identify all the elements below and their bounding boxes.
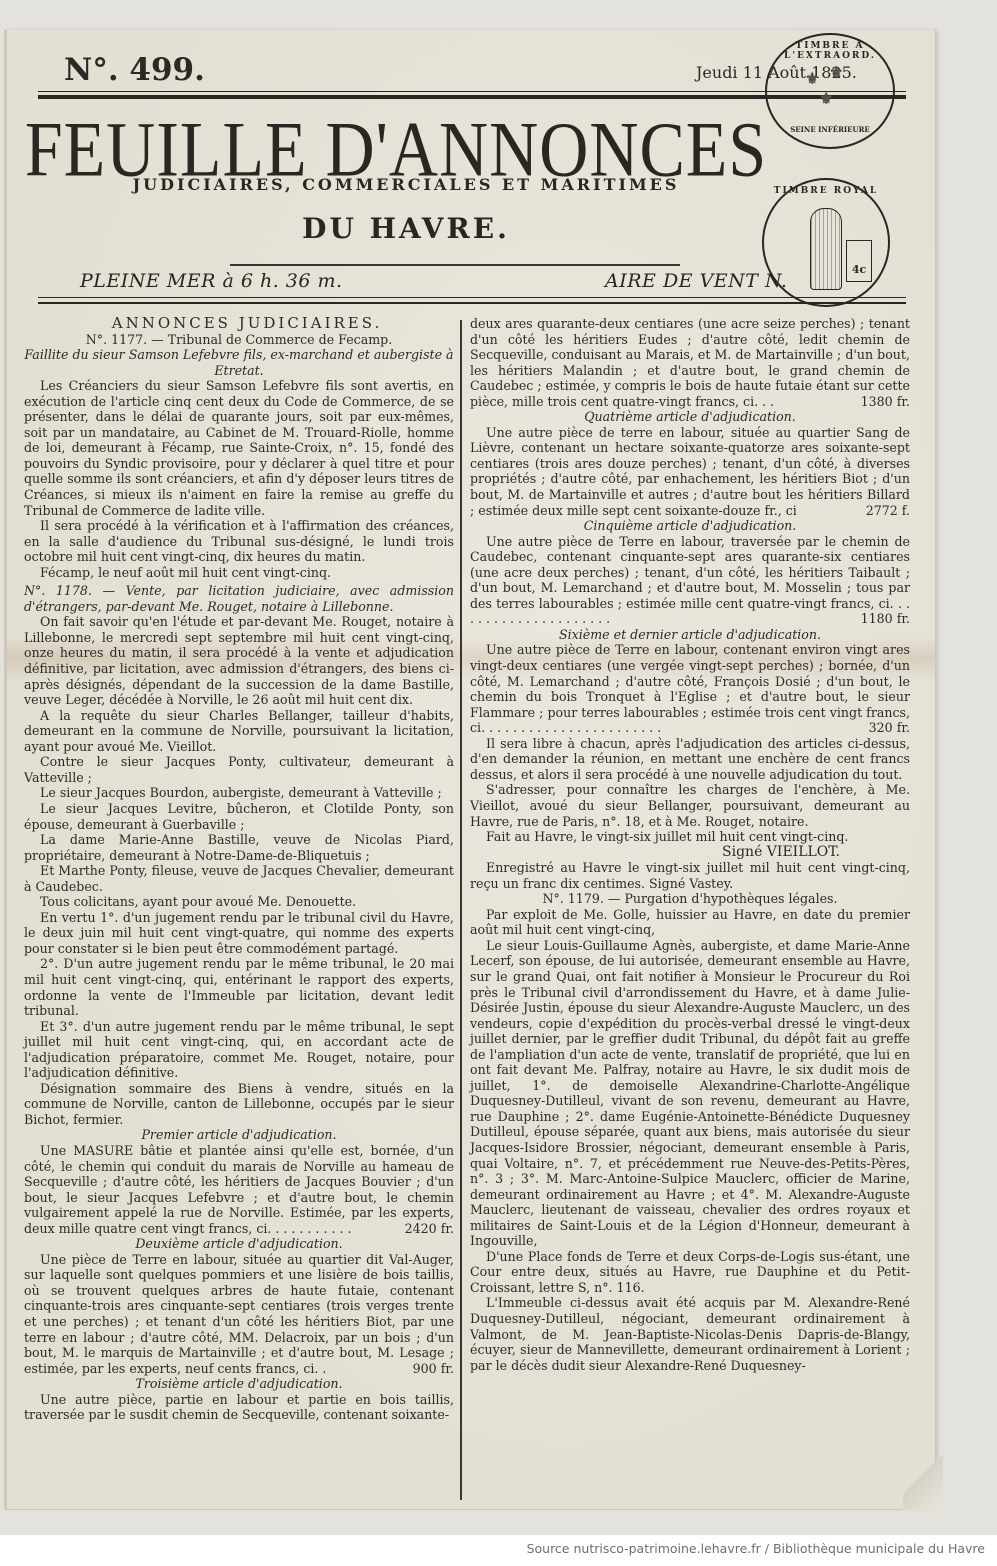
article-2-text: Une pièce de Terre en labour, située au … <box>24 1252 454 1376</box>
signature-vieillot: Signé VIEILLOT. <box>470 845 910 861</box>
page-corner-fold <box>903 1440 943 1510</box>
stamp-value: 4c <box>852 263 866 276</box>
stamp-top-label: TIMBRE À L'EXTRAORD. <box>767 41 893 61</box>
article-6-title: Sixième et dernier article d'adjudicatio… <box>470 627 910 643</box>
masthead-ornament-rule <box>230 264 680 266</box>
article-3-text: Une autre pièce, partie en labour et par… <box>24 1392 454 1423</box>
notice-1178-heading: N°. 1178. — Vente, par licitation judici… <box>24 583 454 614</box>
classical-figure-icon <box>810 208 842 290</box>
fleur-de-lis-icon: ⚜ <box>829 63 843 82</box>
notice-1178-paragraph: On fait savoir qu'en l'étude et par-deva… <box>24 614 454 707</box>
article-5-text: Une autre pièce de Terre en labour, trav… <box>470 534 910 627</box>
article-4-amount: 2772 f. <box>850 503 910 519</box>
notice-1177-paragraph: Les Créanciers du sieur Samson Lefebvre … <box>24 378 454 518</box>
article-1-text: Une MASURE bâtie et plantée ainsi qu'ell… <box>24 1143 454 1236</box>
notice-1177-heading: N°. 1177. — Tribunal de Commerce de Feca… <box>24 332 454 348</box>
notice-1178-paragraph: Et Marthe Ponty, fileuse, veuve de Jacqu… <box>24 863 454 894</box>
notice-1178-paragraph: A la requête du sieur Charles Bellanger,… <box>24 708 454 755</box>
article-4-title: Quatrième article d'adjudication. <box>470 409 910 425</box>
notice-1178-paragraph: La dame Marie-Anne Bastille, veuve de Ni… <box>24 832 454 863</box>
section-title: ANNONCES JUDICIAIRES. <box>24 316 454 332</box>
article-2-description: Une pièce de Terre en labour, située au … <box>24 1252 454 1376</box>
article-5-title: Cinquième article d'adjudication. <box>470 518 910 534</box>
notice-1179-heading: N°. 1179. — Purgation d'hypothèques léga… <box>470 891 910 907</box>
notice-1177-subject: Faillite du sieur Samson Lefebvre fils, … <box>24 347 454 378</box>
wind-info: AIRE DE VENT N. <box>605 270 787 292</box>
notice-1178-paragraph: Désignation sommaire des Biens à vendre,… <box>24 1081 454 1128</box>
tax-stamp-extraordinaire: TIMBRE À L'EXTRAORD. ⚜ ⚜ ⚜ SEINE INFÉRIE… <box>765 33 895 149</box>
tide-info: PLEINE MER à 6 h. 36 m. <box>80 270 343 292</box>
notice-paragraph: S'adresser, pour connaître les charges d… <box>470 782 910 829</box>
article-3-description-cont: deux ares quarante-deux centiares (une a… <box>470 316 910 409</box>
notice-1179-paragraph: Le sieur Louis-Guillaume Agnès, aubergis… <box>470 938 910 1249</box>
article-6-text: Une autre pièce de Terre en labour, cont… <box>470 642 910 735</box>
article-1-title: Premier article d'adjudication. <box>24 1127 454 1143</box>
registration-paragraph: Enregistré au Havre le vingt-six juillet… <box>470 860 910 891</box>
stamp-value-box: 4c <box>846 240 872 282</box>
notice-1178-paragraph: Le sieur Jacques Levitre, bûcheron, et C… <box>24 801 454 832</box>
masthead-rule-bottom-2 <box>38 302 906 304</box>
article-2-title: Deuxième article d'adjudication. <box>24 1236 454 1252</box>
notice-1178-paragraph: Contre le sieur Jacques Ponty, cultivate… <box>24 754 454 785</box>
column-divider <box>460 320 462 1500</box>
article-1-amount: 2420 fr. <box>389 1221 454 1237</box>
fleur-de-lis-icon: ⚜ <box>805 69 819 88</box>
stamp-top-department: SEINE INFÉRIEURE <box>767 125 893 134</box>
left-column: ANNONCES JUDICIAIRES. N°. 1177. — Tribun… <box>24 316 454 1423</box>
issue-number: N°. 499. <box>64 52 205 88</box>
article-4-description: Une autre pièce de terre en labour, situ… <box>470 425 910 518</box>
notice-1179-paragraph: D'une Place fonds de Terre et deux Corps… <box>470 1249 910 1296</box>
stamp-bottom-label: TIMBRE ROYAL <box>764 186 888 196</box>
article-4-text: Une autre pièce de terre en labour, situ… <box>470 425 910 518</box>
source-credit: Source nutrisco-patrimoine.lehavre.fr / … <box>527 1541 985 1556</box>
right-column: deux ares quarante-deux centiares (une a… <box>470 316 910 1373</box>
notice-1178-paragraph: Tous colicitans, ayant pour avoué Me. De… <box>24 894 454 910</box>
tax-stamp-royal: TIMBRE ROYAL 4c <box>762 178 890 307</box>
notice-1178-paragraph: Et 3°. d'un autre jugement rendu par le … <box>24 1019 454 1081</box>
notice-paragraph: Fait au Havre, le vingt-six juillet mil … <box>470 829 910 845</box>
notice-1178-paragraph: Le sieur Jacques Bourdon, aubergiste, de… <box>24 785 454 801</box>
article-5-amount: 1180 fr. <box>845 611 910 627</box>
notice-1178-paragraph: En vertu 1°. d'un jugement rendu par le … <box>24 910 454 957</box>
fleur-de-lis-icon: ⚜ <box>819 89 833 108</box>
notice-1177-paragraph: Fécamp, le neuf août mil huit cent vingt… <box>24 565 454 581</box>
notice-1179-paragraph: Par exploit de Me. Golle, huissier au Ha… <box>470 907 910 938</box>
article-2-amount: 900 fr. <box>397 1361 454 1377</box>
notice-paragraph: Il sera libre à chacun, après l'adjudica… <box>470 736 910 783</box>
article-3-continuation: deux ares quarante-deux centiares (une a… <box>470 316 910 409</box>
masthead-rule-bottom-1 <box>38 297 906 298</box>
notice-1177-paragraph: Il sera procédé à la vérification et à l… <box>24 518 454 565</box>
newspaper-city: DU HAVRE. <box>0 212 872 245</box>
article-6-amount: 320 fr. <box>853 720 910 736</box>
article-3-title: Troisième article d'adjudication. <box>24 1376 454 1392</box>
newspaper-subtitle: JUDICIAIRES, COMMERCIALES ET MARITIMES <box>0 175 872 194</box>
article-3-amount: 1380 fr. <box>861 394 910 410</box>
notice-1178-paragraph: 2°. D'un autre jugement rendu par le mêm… <box>24 956 454 1018</box>
notice-1179-paragraph: L'Immeuble ci-dessus avait été acquis pa… <box>470 1295 910 1373</box>
article-6-description: Une autre pièce de Terre en labour, cont… <box>470 642 910 735</box>
